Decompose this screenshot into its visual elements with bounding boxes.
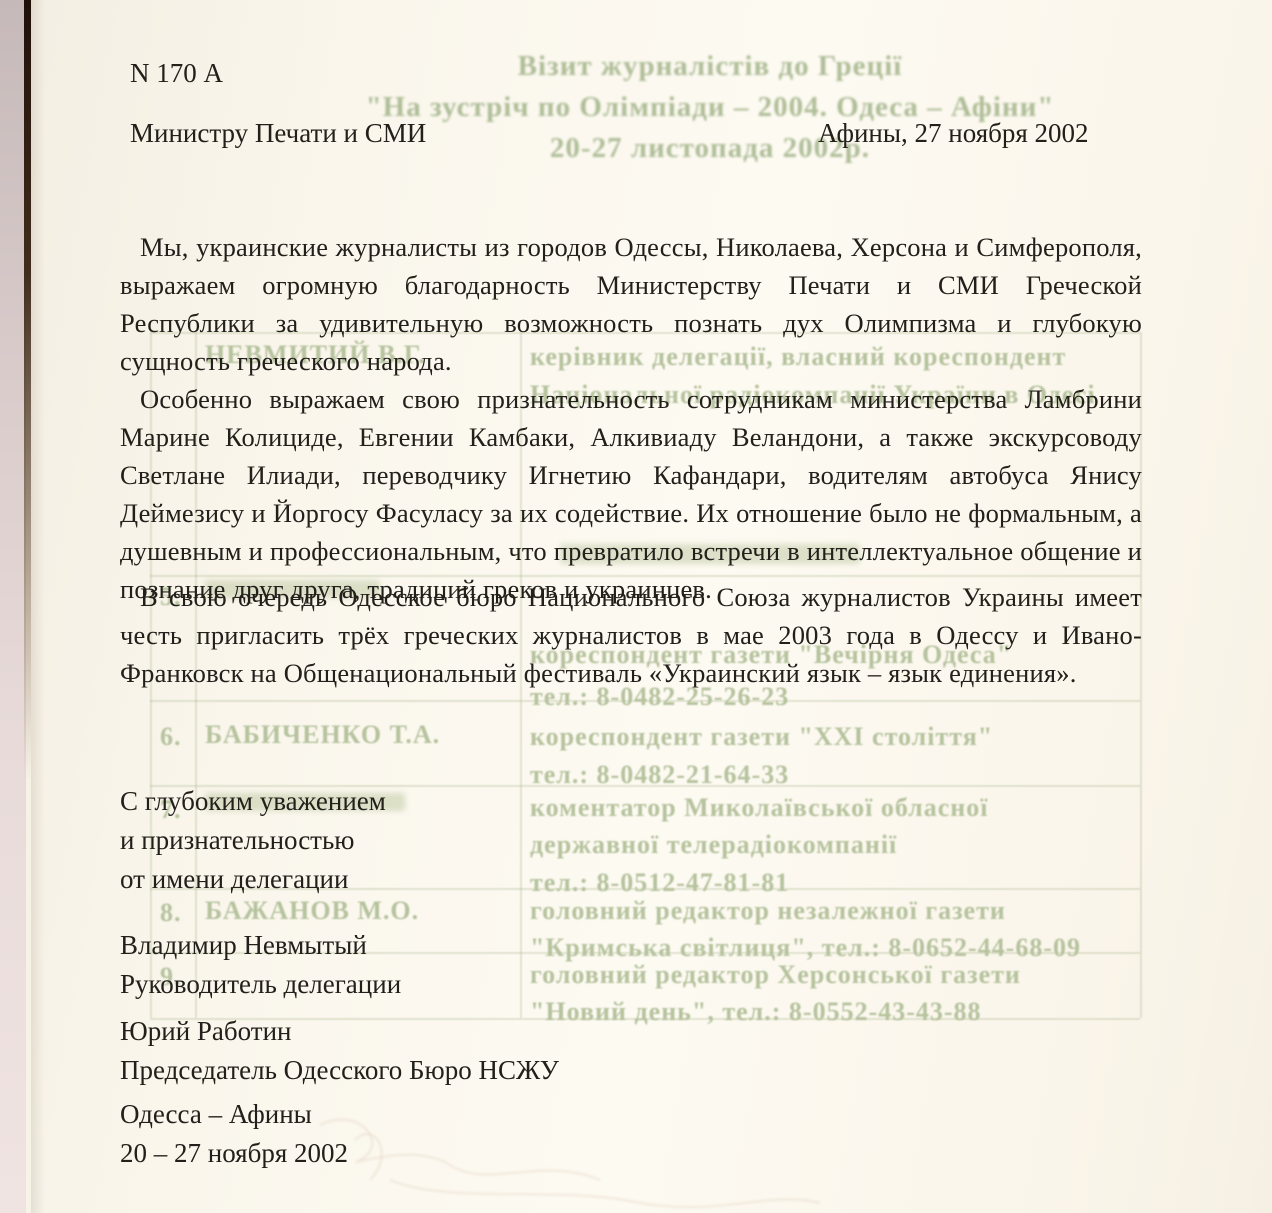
ghost-text: коментатор Миколаївської обласної xyxy=(530,793,989,823)
recipient-line: Министру Печати и СМИ xyxy=(130,118,426,149)
ref-number: N 170 А xyxy=(130,58,223,89)
signatory-1-name: Владимир Невмытый xyxy=(120,926,401,965)
trip-block: Одесса – Афины 20 – 27 ноября 2002 xyxy=(120,1095,348,1173)
closing-block: С глубоким уважением и признательностью … xyxy=(120,782,386,899)
signatory-1: Владимир Невмытый Руководитель делегации xyxy=(120,926,401,1004)
scanned-letter-page: { "colors": { "paper": "#faf6ec", "ink":… xyxy=(0,0,1272,1213)
signatory-2-title: Председатель Одесского Бюро НСЖУ xyxy=(120,1051,559,1090)
trip-route: Одесса – Афины xyxy=(120,1095,348,1134)
ghost-name: БАБИЧЕНКО Т.А. xyxy=(205,720,440,750)
signatory-1-title: Руководитель делегации xyxy=(120,965,401,1004)
ghost-text: тел.: 8-0512-47-81-81 xyxy=(530,868,789,898)
ghost-row-num: 8. xyxy=(160,898,182,928)
ghost-row-num: 6. xyxy=(160,722,182,752)
dateline: Афины, 27 ноября 2002 xyxy=(818,118,1089,149)
scanner-background-strip xyxy=(0,0,26,1213)
paper-edge-shadow xyxy=(31,0,45,1213)
paragraph-1: Мы, украинские журналисты из городов Оде… xyxy=(120,228,1142,380)
ghost-text: "Новий день", тел.: 8-0552-43-43-88 xyxy=(530,997,982,1027)
signatory-2-name: Юрий Работин xyxy=(120,1012,559,1051)
ghost-text: головний редактор незалежної газети xyxy=(530,896,1006,926)
ghost-text: "Кримська світлиця", тел.: 8-0652-44-68-… xyxy=(530,933,1081,963)
paragraph-3: В свою очередь Одесское бюро Национально… xyxy=(120,578,1142,692)
trip-dates: 20 – 27 ноября 2002 xyxy=(120,1134,348,1173)
ghost-text: кореспондент газети "XXI століття" xyxy=(530,722,993,752)
ghost-text: тел.: 8-0482-21-64-33 xyxy=(530,760,789,790)
ghost-text: головний редактор Херсонської газети xyxy=(530,960,1021,990)
ghost-name: БАЖАНОВ М.О. xyxy=(205,896,419,926)
closing-line-1: С глубоким уважением xyxy=(120,782,386,821)
paragraph-2: Особенно выражаем свою признательность с… xyxy=(120,380,1142,608)
closing-line-2: и признательностью xyxy=(120,821,386,860)
closing-line-3: от имени делегации xyxy=(120,860,386,899)
signatory-2: Юрий Работин Председатель Одесского Бюро… xyxy=(120,1012,559,1090)
paper-edge-line xyxy=(24,0,31,780)
ghost-header-line-1: Візит журналістів до Греції xyxy=(280,46,1140,87)
ghost-signature-squiggle xyxy=(300,1085,1020,1213)
ghost-header: Візит журналістів до Греції "На зустріч … xyxy=(280,46,1140,169)
ghost-text: державної телерадіокомпанії xyxy=(530,830,897,860)
